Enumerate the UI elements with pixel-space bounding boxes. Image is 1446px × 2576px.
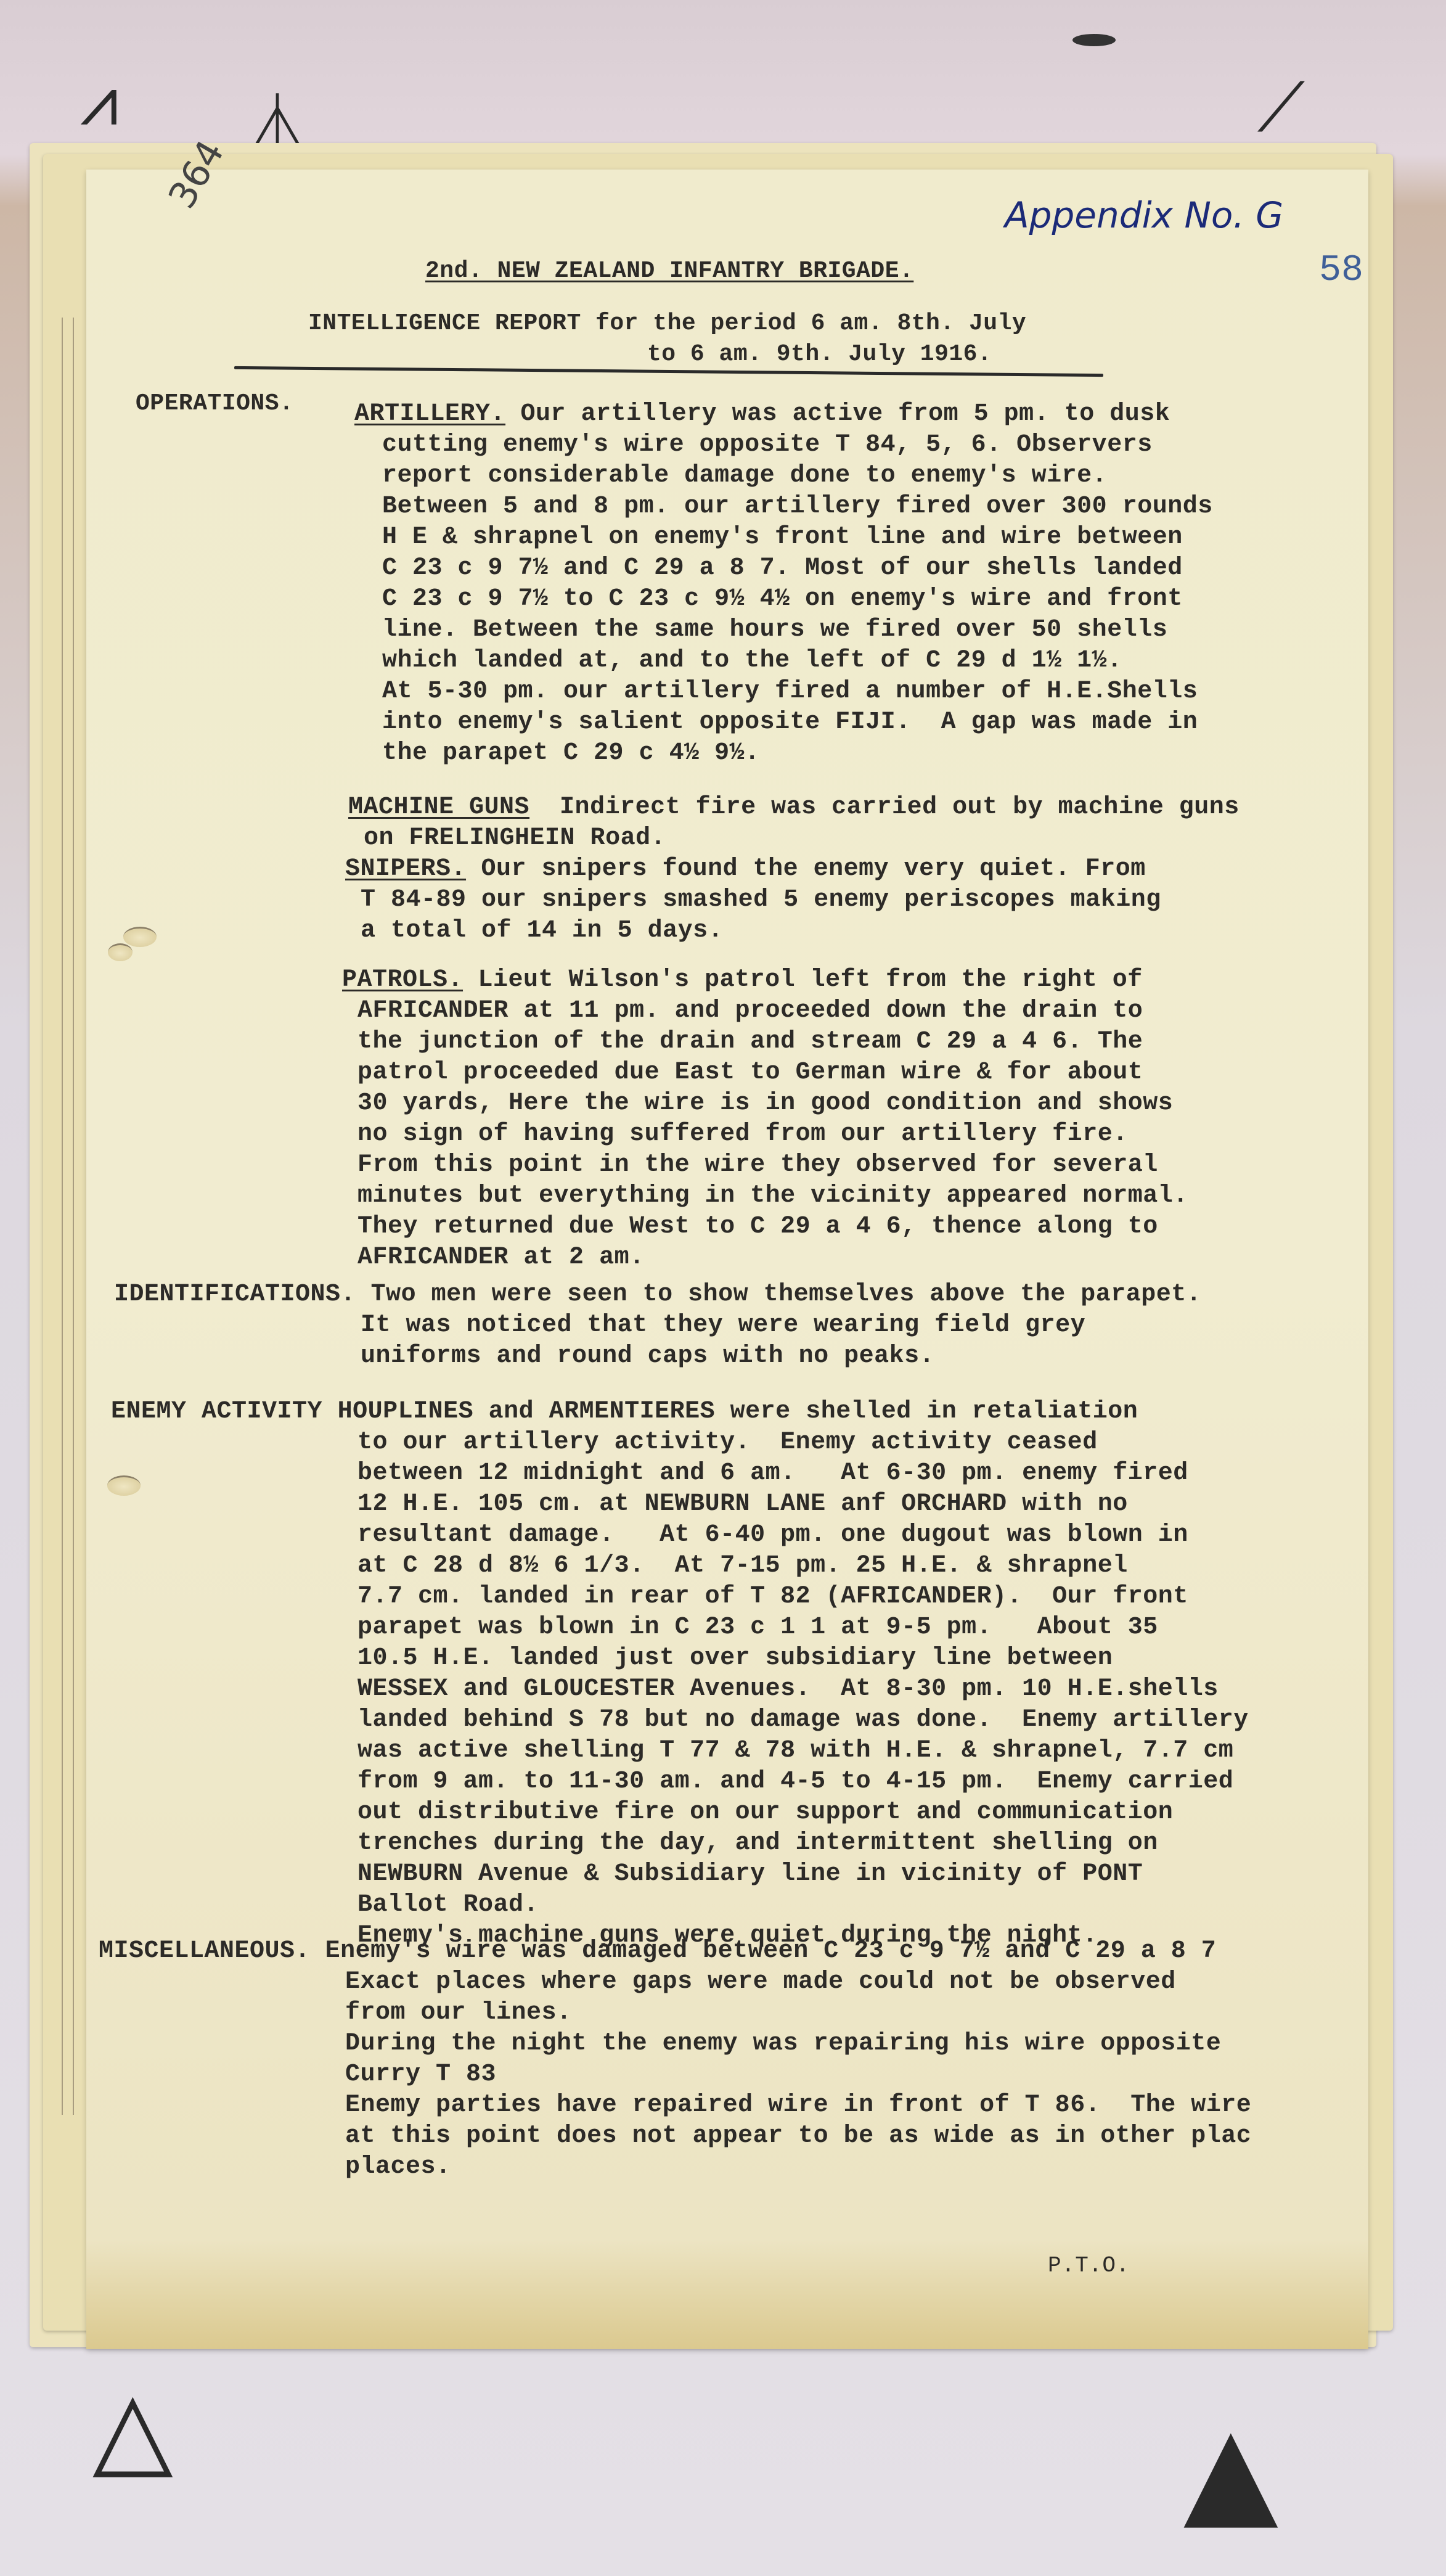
text-line: on FRELINGHEIN Road. <box>348 823 1240 854</box>
text-line: a total of 14 in 5 days. <box>345 916 1161 946</box>
section-label-operations: OPERATIONS. <box>136 388 293 419</box>
text-line: At 5-30 pm. our artillery fired a number… <box>354 676 1213 707</box>
text-line: It was noticed that they were wearing fi… <box>114 1310 1201 1341</box>
text-line: Curry T 83 <box>99 2059 1251 2090</box>
text-line: was active shelling T 77 & 78 with H.E. … <box>111 1736 1249 1766</box>
text-line: resultant damage. At 6-40 pm. one dugout… <box>111 1520 1249 1551</box>
text-line: which landed at, and to the left of C 29… <box>354 646 1213 676</box>
patrols-paragraph: PATROLS. Lieut Wilson's patrol left from… <box>342 965 1188 1273</box>
pencil-sketch-top-right: ⟋ <box>1257 68 1305 148</box>
artillery-paragraph: ARTILLERY. Our artillery was active from… <box>354 399 1213 769</box>
snipers-heading: SNIPERS. <box>345 855 466 883</box>
text-line: Exact places where gaps were made could … <box>99 1967 1251 1998</box>
text-line: patrol proceeded due East to German wire… <box>342 1057 1188 1088</box>
page-footer-pto: P.T.O. <box>1048 2250 1130 2281</box>
text-line: During the night the enemy was repairing… <box>99 2028 1251 2059</box>
punch-hole <box>123 927 157 947</box>
text-line: report considerable damage done to enemy… <box>354 461 1213 491</box>
text-line: line. Between the same hours we fired ov… <box>354 615 1213 646</box>
text-line: from our lines. <box>99 1998 1251 2028</box>
text-line: landed behind S 78 but no damage was don… <box>111 1705 1249 1736</box>
pencil-mark-top <box>1072 34 1116 46</box>
document-heading: 2nd. NEW ZEALAND INFANTRY BRIGADE. <box>425 256 913 287</box>
text-line: HOUPLINES and ARMENTIERES were shelled i… <box>322 1398 1138 1425</box>
text-line: AFRICANDER at 2 am. <box>342 1242 1188 1273</box>
patrols-heading: PATROLS. <box>342 966 463 994</box>
enemy-activity-paragraph: ENEMY ACTIVITY HOUPLINES and ARMENTIERES… <box>111 1397 1249 1951</box>
page-number-stamp: 58 <box>1319 250 1363 292</box>
text-line: trenches during the day, and intermitten… <box>111 1828 1249 1859</box>
punch-hole <box>108 943 133 961</box>
text-line: C 23 c 9 7½ to C 23 c 9½ 4½ on enemy's w… <box>354 584 1213 615</box>
section-label-miscellaneous: MISCELLANEOUS. <box>99 1937 310 1965</box>
section-label-identifications: IDENTIFICATIONS. <box>114 1281 356 1308</box>
text-line: into enemy's salient opposite FIJI. A ga… <box>354 707 1213 738</box>
text-line: T 84-89 our snipers smashed 5 enemy peri… <box>345 885 1161 916</box>
text-line: 12 H.E. 105 cm. at NEWBURN LANE anf ORCH… <box>111 1489 1249 1520</box>
machine-guns-paragraph: MACHINE GUNS Indirect fire was carried o… <box>348 792 1240 854</box>
text-line: at this point does not appear to be as w… <box>99 2121 1251 2152</box>
margin-fold-line-2 <box>73 318 74 2115</box>
text-line: cutting enemy's wire opposite T 84, 5, 6… <box>354 430 1213 461</box>
text-line: places. <box>99 2152 1251 2183</box>
text-line: between 12 midnight and 6 am. At 6-30 pm… <box>111 1458 1249 1489</box>
machine-guns-heading: MACHINE GUNS <box>348 794 529 821</box>
text-line: 7.7 cm. landed in rear of T 82 (AFRICAND… <box>111 1581 1249 1612</box>
text-line: C 23 c 9 7½ and C 29 a 8 7. Most of our … <box>354 553 1213 584</box>
text-line: Between 5 and 8 pm. our artillery fired … <box>354 491 1213 522</box>
document-page: 364 Appendix No. G 58 2nd. NEW ZEALAND I… <box>86 170 1368 2349</box>
pencil-sketch-bottom-right: ▲ <box>1183 2398 1278 2542</box>
text-line: the junction of the drain and stream C 2… <box>342 1027 1188 1057</box>
text-line: Two men were seen to show themselves abo… <box>356 1281 1201 1308</box>
text-line: from 9 am. to 11-30 am. and 4-5 to 4-15 … <box>111 1766 1249 1797</box>
appendix-label: Appendix No. G <box>1005 194 1283 236</box>
text-line: NEWBURN Avenue & Subsidiary line in vici… <box>111 1859 1249 1890</box>
text-line: AFRICANDER at 11 pm. and proceeded down … <box>342 996 1188 1027</box>
text-line: Our artillery was active from 5 pm. to d… <box>505 400 1170 428</box>
text-line: at C 28 d 8½ 6 1/3. At 7-15 pm. 25 H.E. … <box>111 1551 1249 1581</box>
text-line: Indirect fire was carried out by machine… <box>529 794 1240 821</box>
text-line: Enemy's wire was damaged between C 23 c … <box>310 1937 1216 1965</box>
text-line: out distributive fire on our support and… <box>111 1797 1249 1828</box>
pencil-sketch-bottom-left: △ <box>92 2368 173 2490</box>
text-line: Ballot Road. <box>111 1890 1249 1921</box>
text-line: Enemy parties have repaired wire in fron… <box>99 2090 1251 2121</box>
miscellaneous-paragraph: MISCELLANEOUS. Enemy's wire was damaged … <box>99 1936 1251 2183</box>
text-line: uniforms and round caps with no peaks. <box>114 1341 1201 1372</box>
text-line: 30 yards, Here the wire is in good condi… <box>342 1088 1188 1119</box>
identifications-paragraph: IDENTIFICATIONS. Two men were seen to sh… <box>114 1279 1201 1372</box>
text-line: minutes but everything in the vicinity a… <box>342 1181 1188 1212</box>
text-line: the parapet C 29 c 4½ 9½. <box>354 738 1213 769</box>
text-line: 10.5 H.E. landed just over subsidiary li… <box>111 1643 1249 1674</box>
text-line: WESSEX and GLOUCESTER Avenues. At 8-30 p… <box>111 1674 1249 1705</box>
artillery-heading: ARTILLERY. <box>354 400 505 428</box>
report-subtitle-line1: INTELLIGENCE REPORT for the period 6 am.… <box>308 308 1026 339</box>
snipers-paragraph: SNIPERS. Our snipers found the enemy ver… <box>345 854 1161 946</box>
text-line: They returned due West to C 29 a 4 6, th… <box>342 1212 1188 1242</box>
text-line: Our snipers found the enemy very quiet. … <box>466 855 1146 883</box>
text-line: parapet was blown in C 23 c 1 1 at 9-5 p… <box>111 1612 1249 1643</box>
pencil-sketch-top-left: ⩘ <box>80 62 118 142</box>
section-label-enemy-activity: ENEMY ACTIVITY <box>111 1398 322 1425</box>
margin-fold-line <box>62 318 63 2115</box>
text-line: From this point in the wire they observe… <box>342 1150 1188 1181</box>
text-line: to our artillery activity. Enemy activit… <box>111 1427 1249 1458</box>
text-line: H E & shrapnel on enemy's front line and… <box>354 522 1213 553</box>
text-line: no sign of having suffered from our arti… <box>342 1119 1188 1150</box>
text-line: Lieut Wilson's patrol left from the righ… <box>463 966 1143 994</box>
report-subtitle-line2: to 6 am. 9th. July 1916. <box>647 339 992 370</box>
